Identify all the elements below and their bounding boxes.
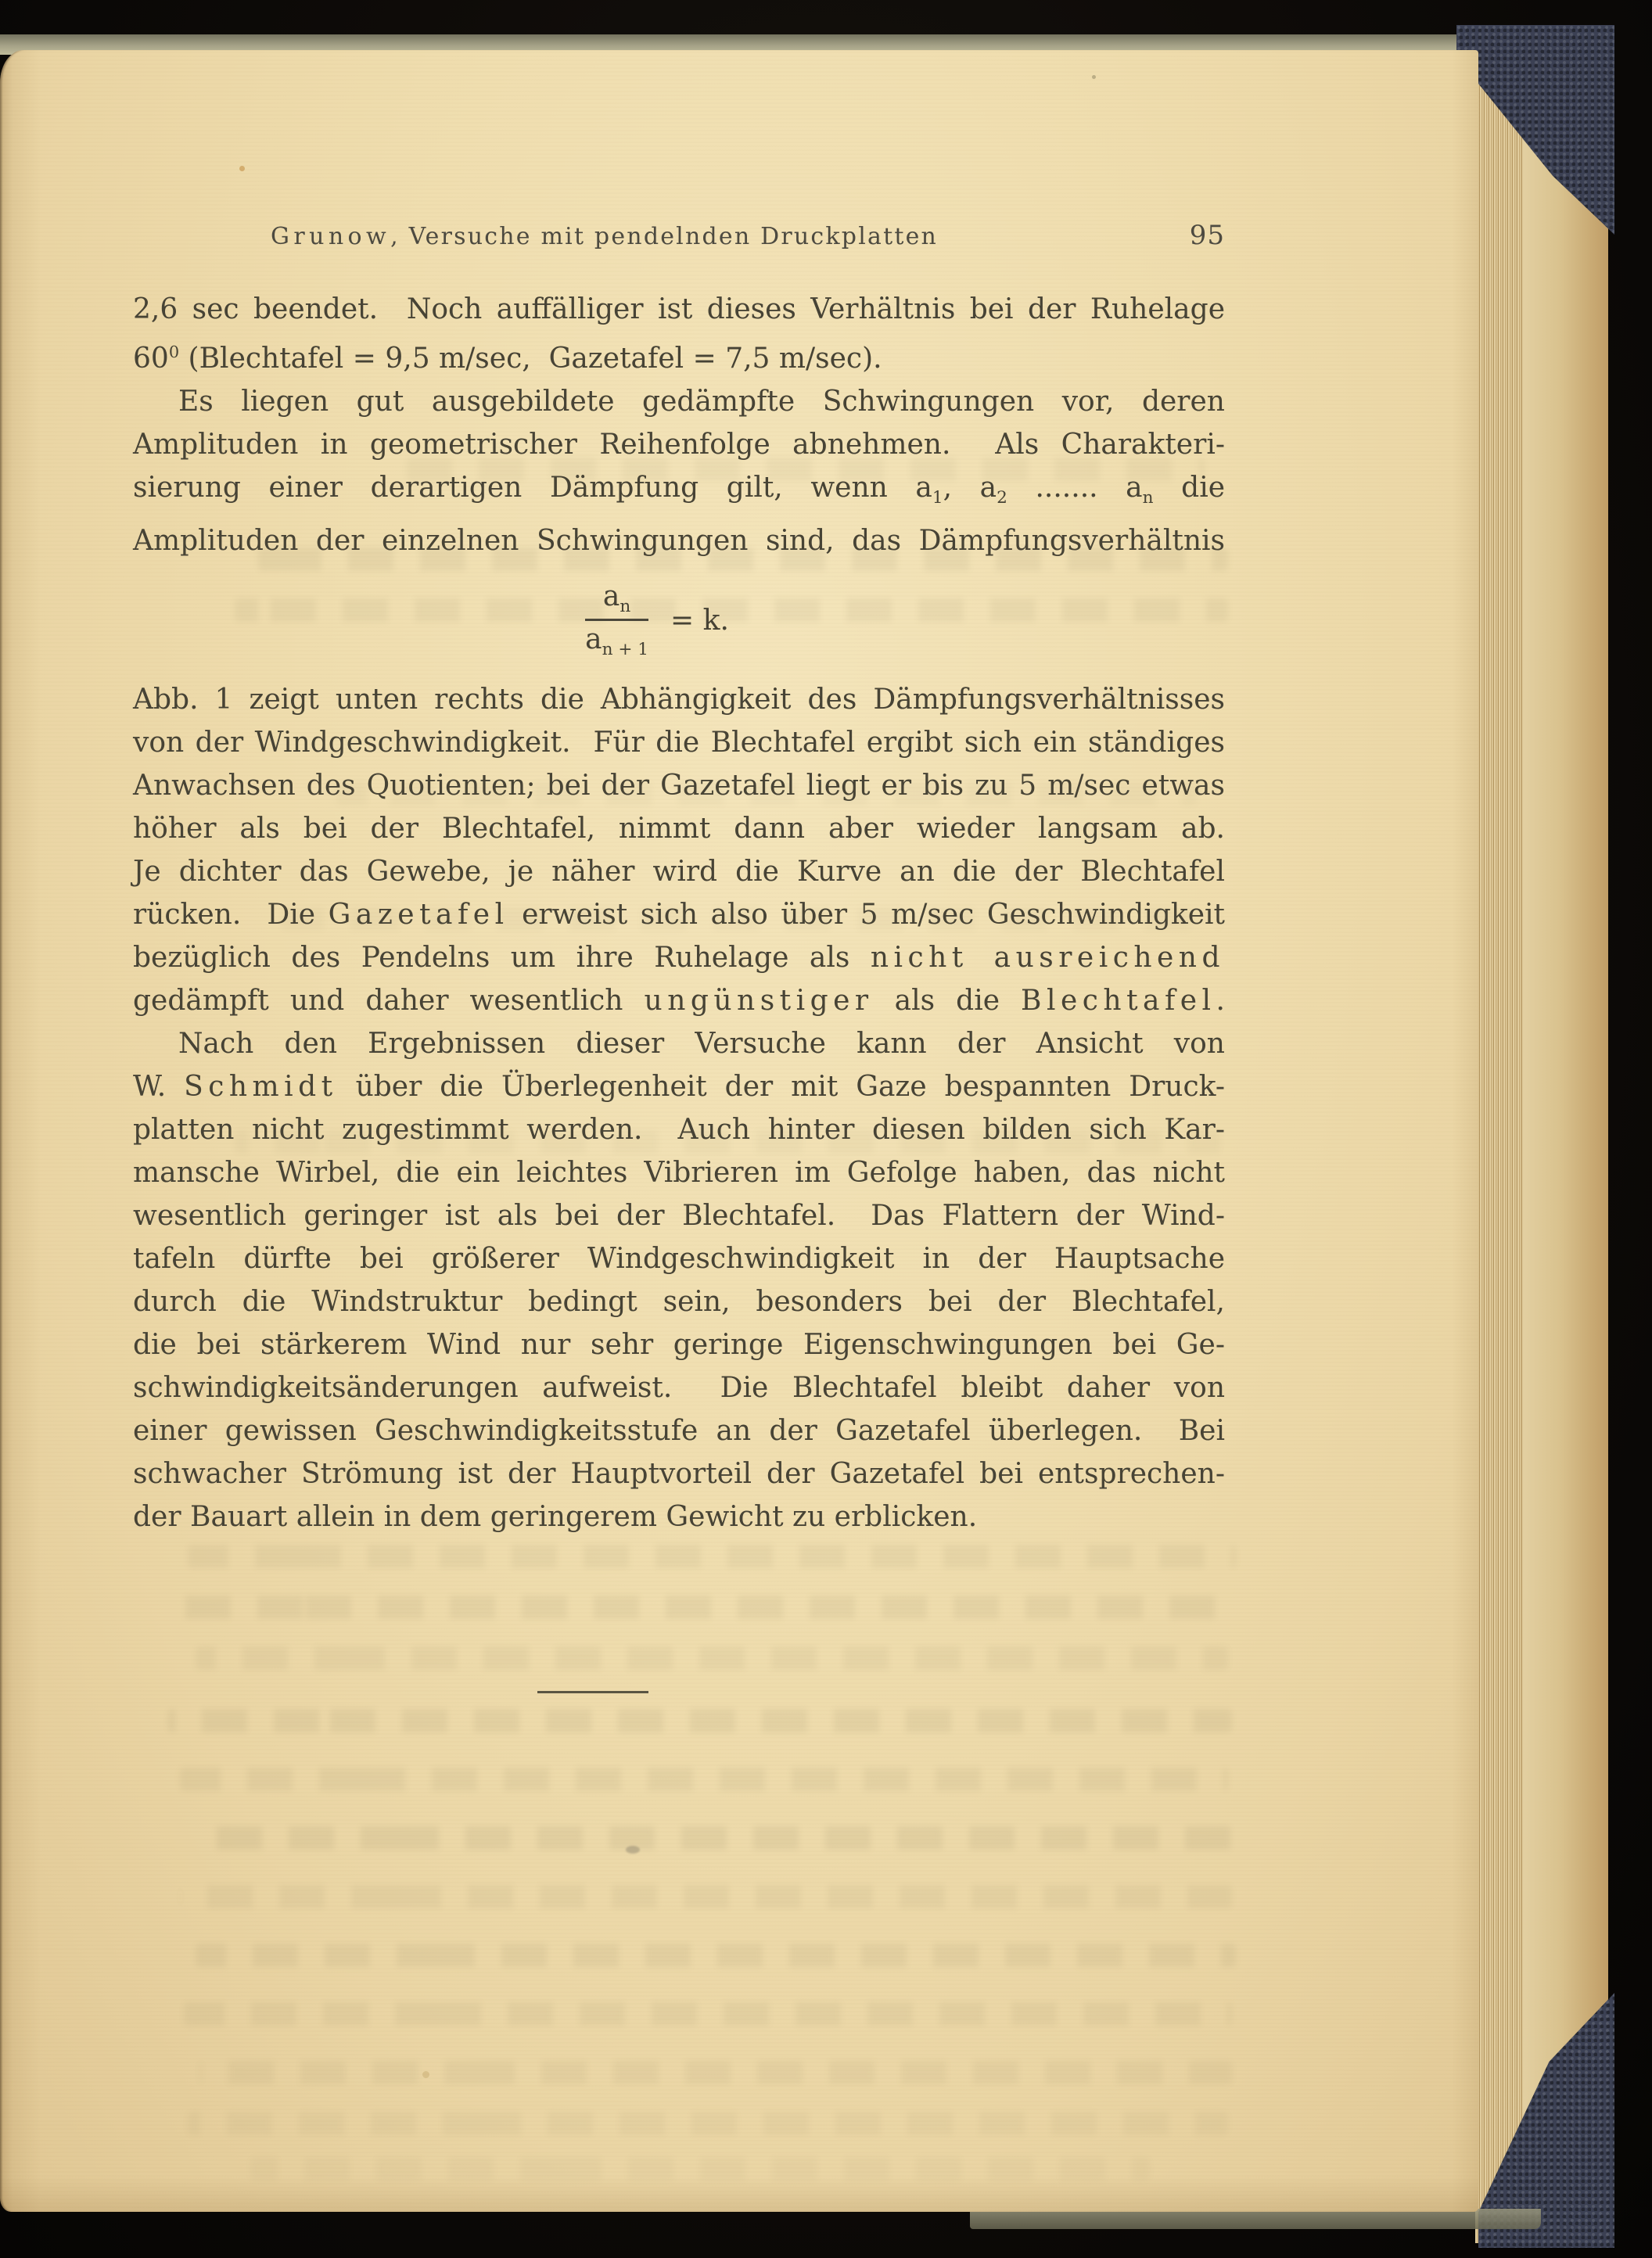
text-line: sierung einer derartigen Dämpfung gilt, … xyxy=(133,466,1225,519)
fore-edge-page-stack xyxy=(1475,44,1524,2243)
text-line: Nach den Ergebnissen dieser Versuche kan… xyxy=(133,1022,1225,1065)
formula-rhs: = k. xyxy=(670,599,729,642)
text-line: durch die Windstruktur bedingt sein, bes… xyxy=(133,1280,1225,1323)
text-line: 600 (Blechtafel = 9,5 m/sec, Gazetafel =… xyxy=(133,331,1225,380)
text-line: gedämpft und daher wesentlich ungünstige… xyxy=(133,979,1225,1022)
text-line: Amplituden der einzelnen Schwingungen si… xyxy=(133,519,1225,562)
text-line: Amplituden in geometrischer Reihenfolge … xyxy=(133,423,1225,466)
text-line: schwindigkeitsänderungen aufweist. Die B… xyxy=(133,1366,1225,1409)
text-line: von der Windgeschwindigkeit. Für die Ble… xyxy=(133,721,1225,764)
text-line: Je dichter das Gewebe, je näher wird die… xyxy=(133,850,1225,893)
text-line: einer gewissen Geschwindigkeitsstufe an … xyxy=(133,1409,1225,1452)
text-line: 2,6 sec beendet. Noch auffälliger ist di… xyxy=(133,288,1225,331)
paragraph: Nach den Ergebnissen dieser Versuche kan… xyxy=(133,1022,1225,1538)
text-line: Anwachsen des Quotienten; bei der Gazeta… xyxy=(133,764,1225,807)
paper-stain xyxy=(626,1846,640,1854)
text-line: Es liegen gut ausgebildete gedämpfte Sch… xyxy=(133,380,1225,423)
text-line: wesentlich geringer ist als bei der Blec… xyxy=(133,1194,1225,1237)
paragraph: Es liegen gut ausgebildete gedämpfte Sch… xyxy=(133,380,1225,562)
text-line: die bei stärkerem Wind nur sehr geringe … xyxy=(133,1323,1225,1366)
damping-ratio-formula: anan + 1= k. xyxy=(111,562,1203,678)
page-number: 95 xyxy=(1190,220,1225,251)
fraction-numerator: an xyxy=(603,582,630,616)
fraction-denominator: an + 1 xyxy=(585,625,648,659)
scanned-book-photo: Grunow, Versuche mit pendelnden Druckpla… xyxy=(0,0,1652,2258)
text-line: schwacher Strömung ist der Hauptvorteil … xyxy=(133,1452,1225,1495)
text-line: mansche Wirbel, die ein leichtes Vibrier… xyxy=(133,1151,1225,1194)
text-line: rücken. Die Gazetafel erweist sich also … xyxy=(133,893,1225,936)
text-line: der Bauart allein in dem geringerem Gewi… xyxy=(133,1495,1225,1538)
text-line: tafeln dürfte bei größerer Windgeschwind… xyxy=(133,1237,1225,1280)
running-header: Grunow, Versuche mit pendelnden Druckpla… xyxy=(133,220,1225,251)
paragraph: 2,6 sec beendet. Noch auffälliger ist di… xyxy=(133,288,1225,380)
body-text: 2,6 sec beendet. Noch auffälliger ist di… xyxy=(133,288,1225,1693)
text-line: höher als bei der Blechtafel, nimmt dann… xyxy=(133,807,1225,850)
running-title: Grunow, Versuche mit pendelnden Druckpla… xyxy=(271,223,938,250)
paragraph: Abb. 1 zeigt unten rechts die Abhängigke… xyxy=(133,678,1225,1022)
section-divider-rule xyxy=(537,1691,648,1693)
text-line: W. Schmidt über die Überlegenheit der mi… xyxy=(133,1065,1225,1108)
text-line: bezüglich des Pendelns um ihre Ruhelage … xyxy=(133,936,1225,979)
paper-stain xyxy=(422,2071,429,2078)
fraction: anan + 1 xyxy=(585,582,648,659)
text-line: Abb. 1 zeigt unten rechts die Abhängigke… xyxy=(133,678,1225,721)
endpaper-page-edge xyxy=(1521,39,1608,2245)
paper-stain xyxy=(239,166,245,171)
text-line: platten nicht zugestimmt werden. Auch hi… xyxy=(133,1108,1225,1151)
paper-stain xyxy=(1092,75,1096,79)
fraction-bar xyxy=(585,619,648,621)
